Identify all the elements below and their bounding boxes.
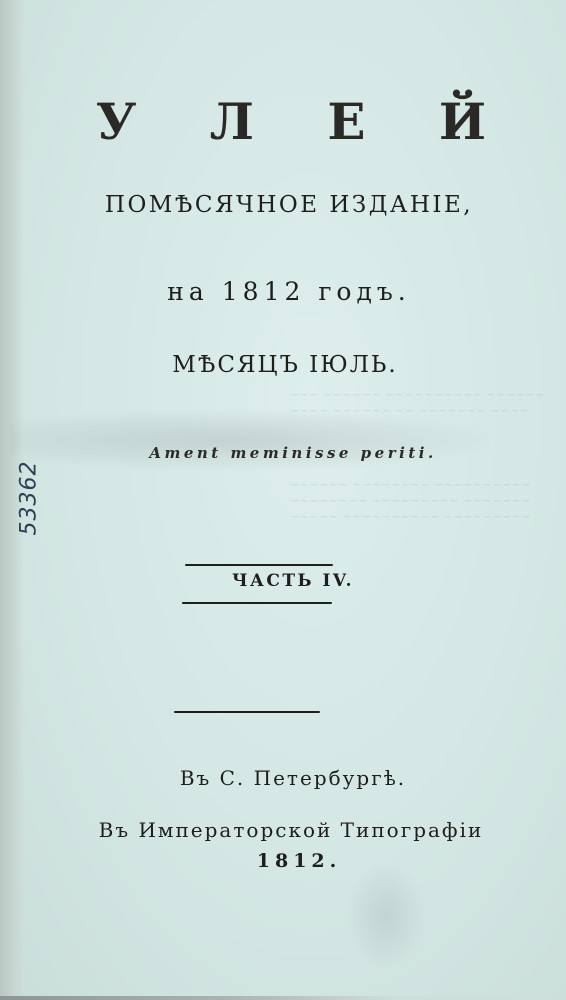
publication-title: У Л Е Й <box>0 92 566 151</box>
publication-subtitle: ПОМѢСЯЧНОЕ ИЗДАНІЕ, <box>0 192 566 218</box>
volume-part: ЧАСТЬ IV. <box>0 571 566 591</box>
rule-below-part <box>182 602 332 604</box>
page-bottom-edge <box>0 996 566 1000</box>
issue-month: МѢСЯЦЪ ІЮЛЬ. <box>0 352 566 378</box>
title-page: ~~~ ~~~~~~ ~~~~~~~~~~ ~~~~~~ ~~~~ ~~~~~~… <box>0 0 566 1000</box>
latin-motto: Ament meminisse periti. <box>0 444 566 462</box>
bleed-through-text: ~~~ ~~~~~~ ~~~~~~~~~~ ~~~~~~ <box>290 388 550 401</box>
handwritten-shelfmark: 53362 <box>17 466 42 536</box>
bleed-through-text: ~~~~~~ ~~~~~~~~ ~~~~~~~~~~ <box>290 478 550 491</box>
imprint-year: 1812. <box>0 850 566 872</box>
imprint-city: Въ С. Петербургѣ. <box>0 766 566 790</box>
bleed-through-text: ~~~~~ ~~~~~~~~~~ ~~~~~~~~~ <box>290 510 550 523</box>
rule-above-part <box>185 564 333 566</box>
imprint-press: Въ Императорской Типографіи <box>0 818 566 842</box>
decorative-rule <box>174 711 320 713</box>
bleed-through-text: ~~~~~~~~ ~~~~~~~~~ ~~~~~~~ <box>290 494 550 507</box>
paper-stain <box>346 860 426 970</box>
publication-year-line: на 1812 годъ. <box>0 277 566 306</box>
bleed-through-text: ~~~~ ~~~~~~ ~~ ~~~~~~~ ~~~~ <box>290 404 550 417</box>
